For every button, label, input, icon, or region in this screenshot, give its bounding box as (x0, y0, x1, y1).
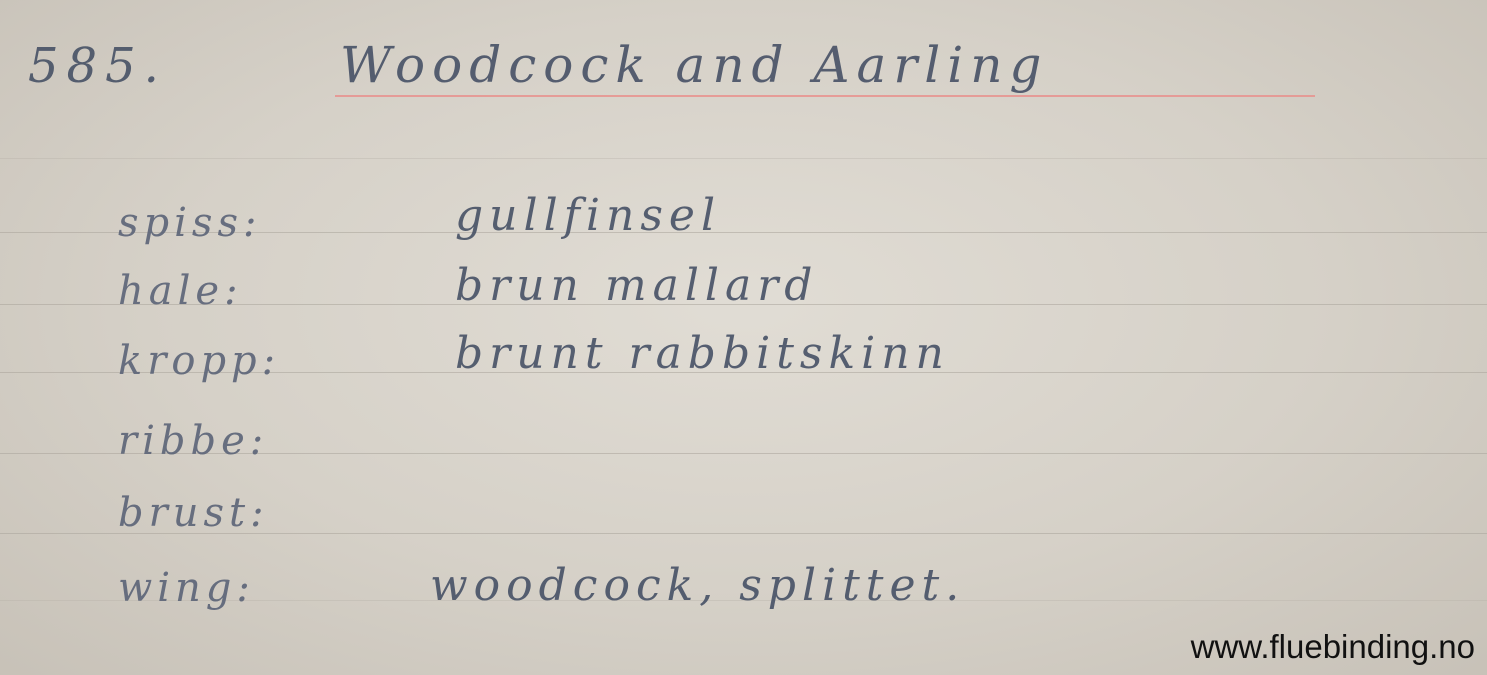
label-kropp: kropp: (118, 338, 280, 384)
label-hale: hale: (118, 268, 243, 314)
ruled-line (0, 158, 1487, 159)
value-wing: woodcock, splittet. (430, 560, 965, 611)
label-ribbe: ribbe: (118, 418, 268, 464)
value-hale: brun mallard (455, 260, 818, 311)
label-brust: brust: (118, 490, 269, 536)
fly-title: Woodcock and Aarling (340, 36, 1048, 94)
value-spiss: gullfinsel (455, 190, 721, 241)
label-wing: wing: (118, 565, 255, 611)
label-spiss: spiss: (118, 200, 261, 246)
title-underline (335, 95, 1315, 97)
entry-number: 585. (28, 38, 167, 94)
value-kropp: brunt rabbitskinn (455, 328, 950, 379)
website-watermark: www.fluebinding.no (1191, 628, 1475, 666)
